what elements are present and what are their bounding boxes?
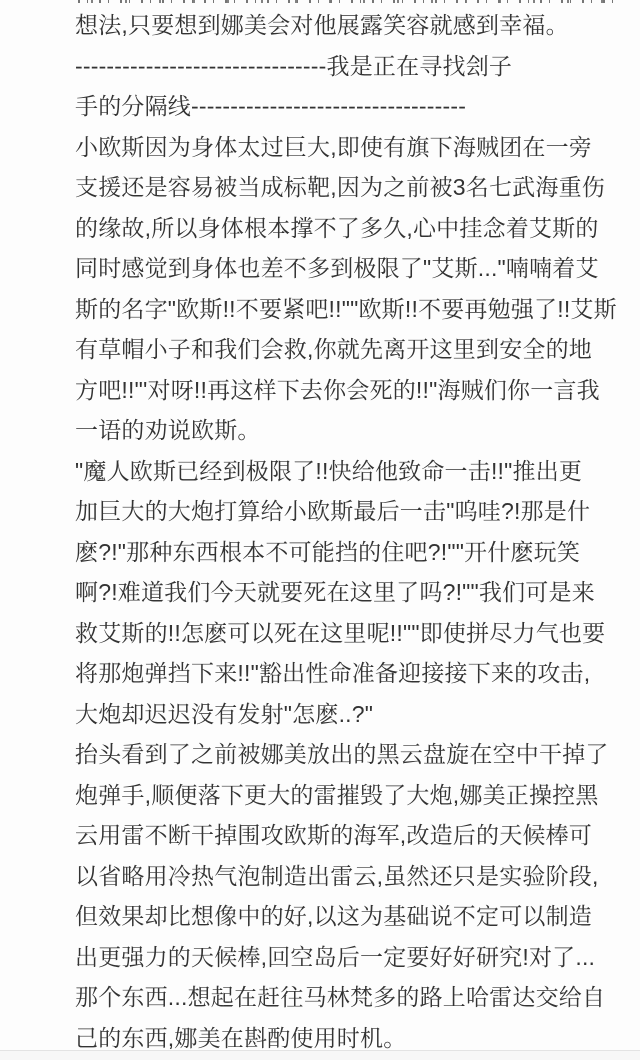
novel-text-page: 想法,只要想到娜美会对他展露笑容就感到幸福。 -----------------… (75, 5, 627, 1058)
text-line: 加巨大的大炮打算给小欧斯最后一击"呜哇?!那是什 (75, 491, 627, 532)
text-line: 的缘故,所以身体根本撑不了多久,心中挂念着艾斯的 (75, 208, 627, 249)
text-line: 支援还是容易被当成标靶,因为之前被3名七武海重伤 (75, 167, 627, 208)
text-line: 但效果却比想像中的好,以这为基础说不定可以制造 (75, 896, 627, 937)
separator-line: --------------------------------我是正在寻找刽子 (75, 46, 627, 87)
separator-line: 手的分隔线----------------------------------- (75, 86, 627, 127)
text-line: 一语的劝说欧斯。 (75, 410, 627, 451)
text-line: 同时感觉到身体也差不多到极限了"艾斯..."喃喃着艾 (75, 248, 627, 289)
text-line: 麽?!"那种东西根本不可能挡的住吧?!""开什麽玩笑 (75, 532, 627, 573)
text-line: 啊?!难道我们今天就要死在这里了吗?!""我们可是来 (75, 572, 627, 613)
text-line: "魔人欧斯已经到极限了!!快给他致命一击!!"推出更 (75, 451, 627, 492)
text-line: 那个东西...想起在赶往马林梵多的路上哈雷达交给自 (75, 977, 627, 1018)
text-line: 小欧斯因为身体太过巨大,即使有旗下海贼团在一旁 (75, 127, 627, 168)
text-line: 想法,只要想到娜美会对他展露笑容就感到幸福。 (75, 5, 627, 46)
text-line: 大炮却迟迟没有发射"怎麽..?" (75, 694, 627, 735)
clipped-text-remnant (78, 0, 623, 3)
text-line: 方吧!!"'对呀!!再这样下去你会死的!!"海贼们你一言我 (75, 370, 627, 411)
text-line: 出更强力的天候棒,回空岛后一定要好好研究!对了... (75, 937, 627, 978)
text-line: 云用雷不断干掉围攻欧斯的海军,改造后的天候棒可 (75, 815, 627, 856)
text-line: 抬头看到了之前被娜美放出的黑云盘旋在空中干掉了 (75, 734, 627, 775)
text-line: 救艾斯的!!怎麽可以死在这里呢!!""即使拼尽力气也要 (75, 613, 627, 654)
text-line: 以省略用冷热气泡制造出雷云,虽然还只是实验阶段, (75, 856, 627, 897)
text-line: 有草帽小子和我们会救,你就先离开这里到安全的地 (75, 329, 627, 370)
bottom-strip (0, 1051, 640, 1060)
text-line: 将那炮弹挡下来!!"豁出性命准备迎接接下来的攻击, (75, 653, 627, 694)
text-line: 斯的名字"欧斯!!不要紧吧!!""欧斯!!不要再勉强了!!艾斯 (75, 289, 627, 330)
text-line: 炮弹手,顺便落下更大的雷摧毁了大炮,娜美正操控黑 (75, 775, 627, 816)
